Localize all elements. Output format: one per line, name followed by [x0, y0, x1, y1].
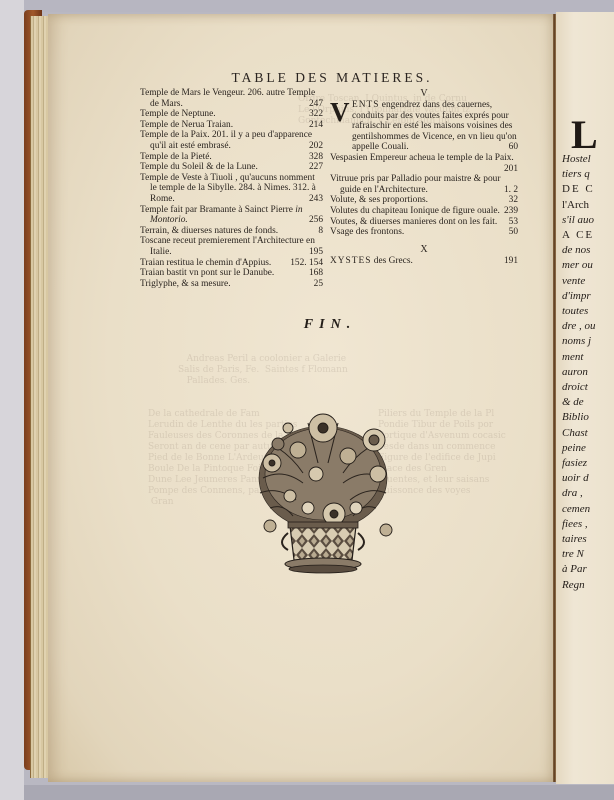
page-number: 60 — [505, 142, 518, 153]
right-page-line: DE C — [562, 182, 614, 197]
bleed-through-text: Andreas Peril a coolonier a Galerie Sali… — [178, 354, 348, 387]
page-number: 191 — [500, 256, 518, 267]
right-page-line: Regn — [562, 578, 614, 593]
page-number: 322 — [305, 109, 323, 120]
drop-cap: V — [330, 100, 350, 124]
right-page-line: fiees , — [562, 517, 614, 532]
section-letter-x: X — [330, 244, 518, 256]
page-number: 328 — [305, 152, 323, 163]
index-entry: Temple fait par Bramante à Sainct Pierre… — [140, 205, 323, 226]
index-entry: Temple de Veste à Tiuoli , qu'aucuns nom… — [140, 173, 323, 205]
index-column-left: Temple de Mars le Vengeur. 206. autre Te… — [140, 88, 323, 289]
right-page-line: de nos — [562, 243, 614, 258]
background-left — [0, 0, 24, 800]
page-number: 152. 154 — [286, 258, 323, 269]
right-page-line: Biblio — [562, 410, 614, 425]
right-page-line: à Par — [562, 562, 614, 577]
right-page-dropcap: L — [571, 118, 614, 152]
right-page-line: & de — [562, 395, 614, 410]
page-number: 202 — [305, 141, 323, 152]
index-entry: Vsage des frontons.50 — [330, 227, 518, 238]
index-entry: Volutes du chapiteau Ionique de figure o… — [330, 206, 518, 217]
right-page-line: l'Arch — [562, 198, 614, 213]
right-page-line: mer ou — [562, 258, 614, 273]
page-title: TABLE DES MATIERES. — [140, 70, 524, 86]
index-column-right: V V ENTS engendrez dans des cauernes, co… — [330, 88, 518, 266]
index-entry: Temple de la Paix. 201. il y a peu d'app… — [140, 130, 323, 151]
index-entry: Temple de Nerua Traian.214 — [140, 120, 323, 131]
right-page-line: ment — [562, 350, 614, 365]
background-top — [24, 0, 614, 12]
background-bottom — [24, 785, 614, 800]
page-number: 32 — [505, 195, 518, 206]
flower-basket-ornament-icon — [248, 408, 398, 576]
right-page-line: s'il auo — [562, 213, 614, 228]
index-entry: Temple de Mars le Vengeur. 206. autre Te… — [140, 88, 323, 109]
section-letter-v: V — [330, 88, 518, 100]
index-entry: Volute, & ses proportions.32 — [330, 195, 518, 206]
right-page-line: peine — [562, 441, 614, 456]
index-entry: V ENTS engendrez dans des cauernes, cond… — [330, 100, 518, 153]
index-entry: Toscane receut premierement l'Architectu… — [140, 236, 323, 257]
page-number: 227 — [305, 162, 323, 173]
page-number: 53 — [505, 217, 518, 228]
index-entry: Temple de Neptune.322 — [140, 109, 323, 120]
fin-label: FIN. — [290, 317, 370, 333]
right-page-line: uoir d — [562, 471, 614, 486]
page-number: 25 — [310, 279, 323, 290]
index-entry: Traian restitua le chemin d'Appius.152. … — [140, 258, 323, 269]
right-page-line: cemen — [562, 502, 614, 517]
right-page-line: Chast — [562, 426, 614, 441]
right-page-line: noms j — [562, 334, 614, 349]
page-number: 1. 2 — [500, 185, 518, 196]
page-number: 50 — [505, 227, 518, 238]
right-page-line: d'impr — [562, 289, 614, 304]
right-page-line: vente — [562, 274, 614, 289]
page-number: 214 — [305, 120, 323, 131]
index-entry: XYSTES des Grecs.191 — [330, 256, 518, 267]
index-entry: Voutes, & diuerses manieres dont on les … — [330, 217, 518, 228]
right-page-line: dra , — [562, 486, 614, 501]
right-page-line: Hostel — [562, 152, 614, 167]
index-entry: Vitruue pris par Palladio pour maistre &… — [330, 174, 518, 195]
page-number: 256 — [305, 215, 323, 226]
right-page-line: taires — [562, 532, 614, 547]
right-page-line: fasiez — [562, 456, 614, 471]
page-number: 195 — [305, 247, 323, 258]
page-number: 201 — [500, 164, 518, 175]
page-number: 8 — [314, 226, 323, 237]
page-number: 247 — [305, 99, 323, 110]
right-page-line: droict — [562, 380, 614, 395]
page-number: 243 — [305, 194, 323, 205]
right-page-text: L Hostel tiers q DE C l'Arch s'il auo A … — [562, 118, 614, 593]
index-entry: Temple du Soleil & de la Lune.227 — [140, 162, 323, 173]
index-entry: Temple de la Pieté.328 — [140, 152, 323, 163]
right-page-line: A CE — [562, 228, 614, 243]
index-entry: Triglyphe, & sa mesure.25 — [140, 279, 323, 290]
page-number: 239 — [500, 206, 518, 217]
right-page-line: toutes — [562, 304, 614, 319]
page-number: 168 — [305, 268, 323, 279]
right-page-fragment: L Hostel tiers q DE C l'Arch s'il auo A … — [556, 12, 614, 784]
right-page-line: tiers q — [562, 167, 614, 182]
index-entry: Traian bastit vn pont sur le Danube.168 — [140, 268, 323, 279]
right-page-line: tre N — [562, 547, 614, 562]
right-page-line: auron — [562, 365, 614, 380]
right-page-line: dre , ou — [562, 319, 614, 334]
index-entry: Vespasien Empereur acheua le temple de l… — [330, 153, 518, 174]
index-entry: Terrain, & diuerses natures de fonds.8 — [140, 226, 323, 237]
